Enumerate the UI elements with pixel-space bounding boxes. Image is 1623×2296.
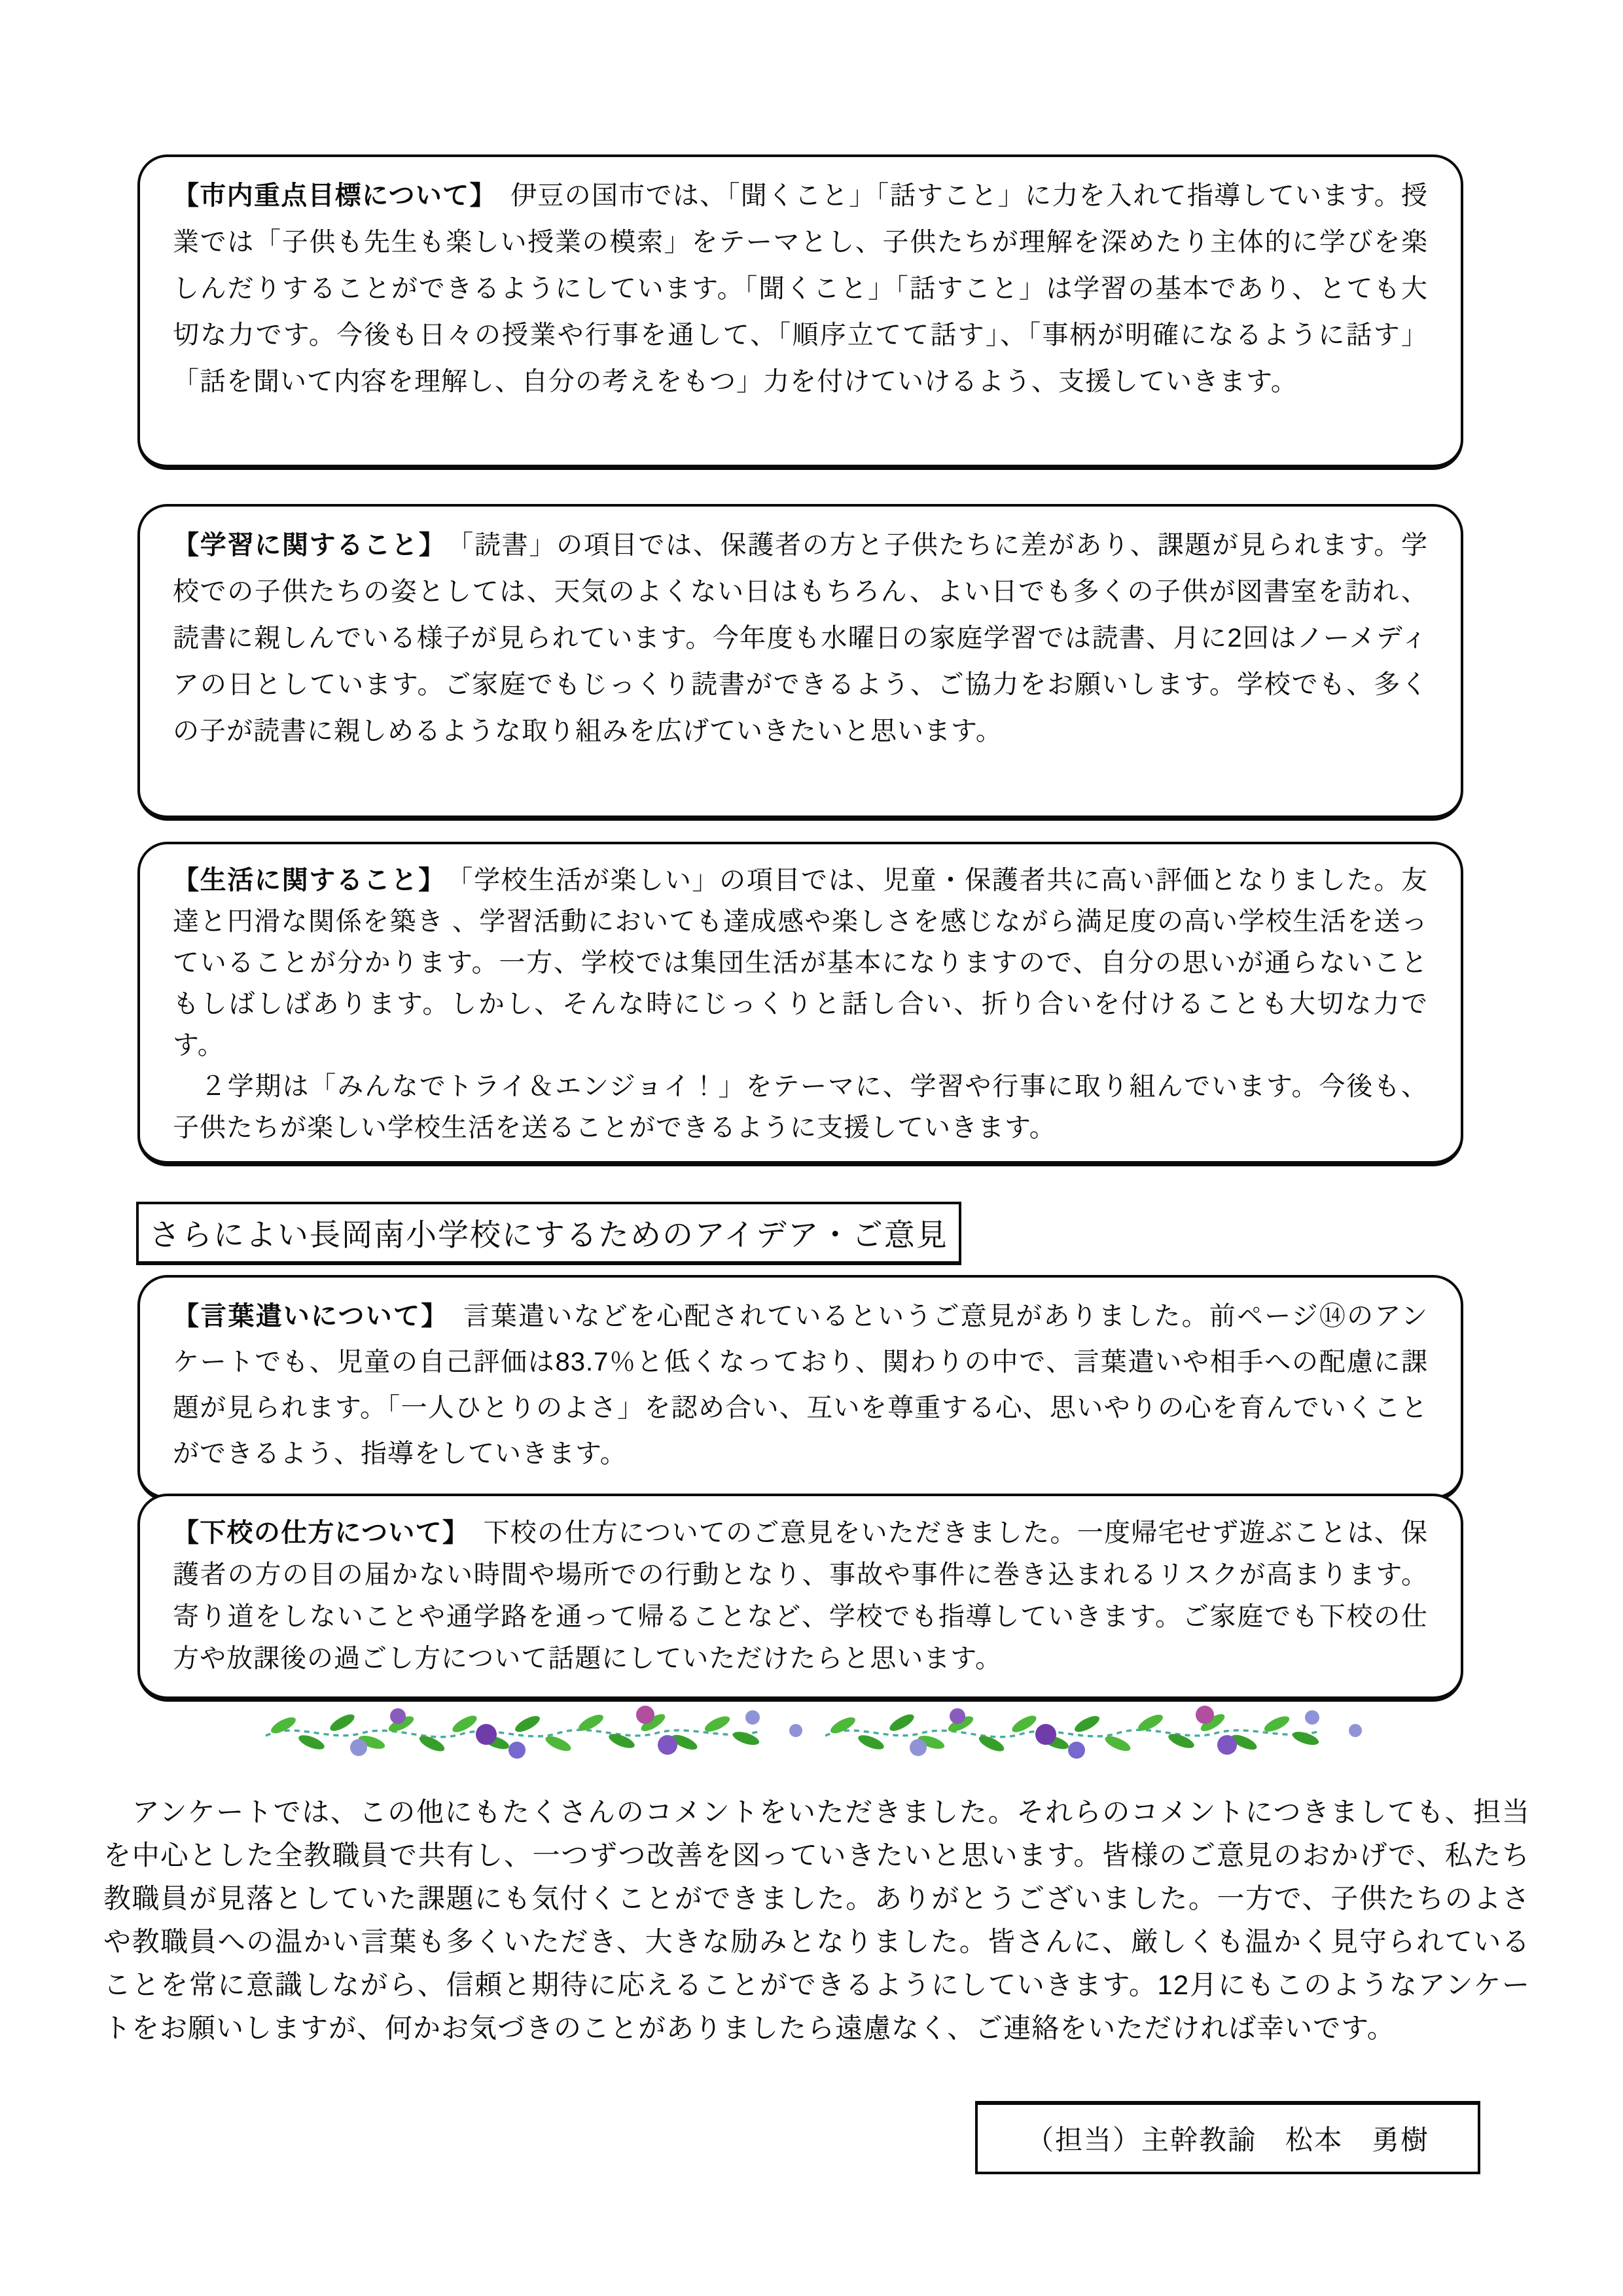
section-learning-text: 【学習に関すること】 「読書」の項目では、保護者の方と子供たちに差があり、課題が… [173, 522, 1428, 755]
ideas-heading: さらによい長岡南小学校にするためのアイデア・ご意見 [149, 1217, 948, 1252]
section-city-goals: 【市内重点目標について】 伊豆の国市では、「聞くこと」「話すこと」に力を入れて指… [137, 154, 1463, 470]
closing-paragraph: アンケートでは、この他にもたくさんのコメントをいただきました。それらのコメントに… [103, 1791, 1530, 2050]
section-school-life-text: 【生活に関すること】 「学校生活が楽しい」の項目では、児童・保護者共に高い評価と… [173, 860, 1428, 1066]
section-school-life-title: 【生活に関すること】 [173, 866, 433, 895]
section-city-goals-text: 【市内重点目標について】 伊豆の国市では、「聞くこと」「話すこと」に力を入れて指… [173, 173, 1428, 405]
section-city-goals-body: 伊豆の国市では、「聞くこと」「話すこと」に力を入れて指導しています。授業では「子… [173, 181, 1428, 396]
ideas-heading-box: さらによい長岡南小学校にするためのアイデア・ご意見 [136, 1202, 961, 1265]
section-learning-title: 【学習に関すること】 [173, 531, 433, 560]
section-way-home: 【下校の仕方について】 下校の仕方についてのご意見をいただきました。一度帰宅せず… [137, 1494, 1463, 1702]
staff-credit-box: （担当）主幹教諭 松本 勇樹 [975, 2101, 1480, 2174]
section-language-use-text: 【言葉遣いについて】 言葉遣いなどを心配されているというご意見がありました。前ペ… [173, 1293, 1428, 1477]
section-learning: 【学習に関すること】 「読書」の項目では、保護者の方と子供たちに差があり、課題が… [137, 504, 1463, 821]
vine-right [825, 1706, 1362, 1759]
floral-vine-divider-icon [260, 1706, 1366, 1763]
section-language-use-title: 【言葉遣いについて】 [173, 1302, 435, 1331]
section-school-life-body2: ２学期は「みんなでトライ＆エンジョイ！」をテーマに、学習や行事に取り組んでいます… [173, 1066, 1428, 1149]
section-school-life: 【生活に関すること】 「学校生活が楽しい」の項目では、児童・保護者共に高い評価と… [137, 842, 1463, 1166]
staff-credit: （担当）主幹教諭 松本 勇樹 [1026, 2119, 1429, 2158]
section-city-goals-title: 【市内重点目標について】 [173, 181, 484, 210]
vine-left [266, 1706, 802, 1759]
section-way-home-text: 【下校の仕方について】 下校の仕方についてのご意見をいただきました。一度帰宅せず… [173, 1512, 1428, 1679]
section-learning-body: 「読書」の項目では、保護者の方と子供たちに差があり、課題が見られます。学校での子… [173, 531, 1428, 745]
section-language-use: 【言葉遣いについて】 言葉遣いなどを心配されているというご意見がありました。前ペ… [137, 1275, 1463, 1501]
section-way-home-title: 【下校の仕方について】 [173, 1518, 456, 1547]
newsletter-page: 【市内重点目標について】 伊豆の国市では、「聞くこと」「話すこと」に力を入れて指… [0, 0, 1623, 2296]
section-school-life-body: 「学校生活が楽しい」の項目では、児童・保護者共に高い評価となりました。友達と円滑… [173, 866, 1428, 1060]
